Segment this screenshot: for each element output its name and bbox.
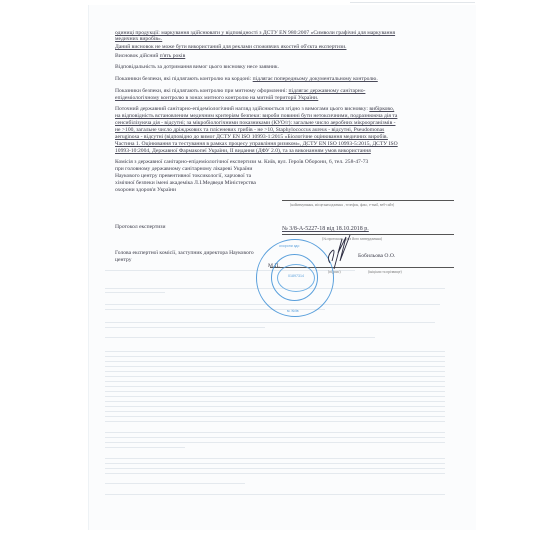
supervision-line: сенсибілізуюча дія - відсутні; за мікроб…	[115, 120, 395, 127]
supervision-line: aeruginosa - відсутні (відповідно до вим…	[115, 134, 388, 141]
border-control-row: Показники безпеки, які підлягають контро…	[115, 76, 378, 83]
validity-value: п'ять років	[160, 53, 185, 59]
head-label-cont: центру	[115, 257, 132, 264]
border-control-label: Показники безпеки, які підлягають контро…	[115, 76, 251, 82]
advertising-restriction: Даний висновок не може бути використаний…	[115, 44, 346, 51]
validity-label: Висновок дійсний	[115, 53, 158, 59]
protocol-rule	[282, 234, 454, 235]
supervision-row: Поточний державний санітарно-епідеміолог…	[115, 106, 394, 113]
customs-control-value: підлягає державному санітарно-	[289, 88, 366, 94]
commission-caption: (найменування, місцезнаходження , телефо…	[290, 202, 394, 209]
supervision-line: 10993-10:2004, Державної Фармакопеї Укра…	[115, 148, 371, 155]
commission-line: при головному державному санітарному лік…	[115, 166, 252, 173]
stamp-center-ring	[277, 264, 315, 292]
supervision-line: на відповідність встановленим медичним к…	[115, 113, 397, 120]
head-name: Бобильова О.О.	[358, 253, 395, 260]
protocol-label: Протокол експертизи	[115, 224, 165, 231]
customs-control-row: Показники безпеки, які підлягають контро…	[115, 88, 365, 95]
customs-control-value-cont: епідеміологічному контролю в зонах митно…	[115, 95, 318, 102]
commission-line: Комісія з державної санітарно-епідеміоло…	[115, 159, 368, 166]
marking-line-2: медичних виробів».	[115, 36, 162, 43]
commission-line: охорони здоров'я України	[115, 187, 176, 194]
commission-line: хімічної безпеки імені академіка Л.І.Мед…	[115, 180, 256, 187]
signature-icon	[320, 233, 354, 273]
stamp-city: м. Київ	[287, 309, 298, 313]
supervision-line: Частина 1. Оцінювання та тестування в ра…	[115, 141, 398, 148]
stamp-code: 01897314	[288, 274, 304, 278]
validity-row: Висновок дійсний п'ять років	[115, 53, 185, 60]
stamp-top-text: охорони здо	[279, 244, 299, 248]
supervision-line: не >100, загальне число дріжджових та пл…	[115, 127, 384, 134]
scan-edge	[350, 2, 475, 3]
protocol-number: № 3/8-А-5227-18 від 18.10.2018 р.	[282, 226, 369, 233]
responsibility-text: Відповідальність за дотримання вимог цьо…	[115, 64, 279, 71]
customs-control-label: Показники безпеки, які підлягають контро…	[115, 88, 287, 94]
name-caption: (ініціали та прізвище)	[368, 269, 402, 276]
head-label: Голова експертної комісії, заступник дир…	[115, 250, 254, 257]
commission-line: Наукового центру превентивної токсиколог…	[115, 173, 251, 180]
supervision-label: Поточний державний санітарно-епідеміолог…	[115, 106, 368, 112]
border-control-value: підлягає попередньому документальному ко…	[253, 76, 378, 82]
supervision-value: вибірково,	[369, 106, 394, 112]
commission-rule	[282, 200, 454, 201]
